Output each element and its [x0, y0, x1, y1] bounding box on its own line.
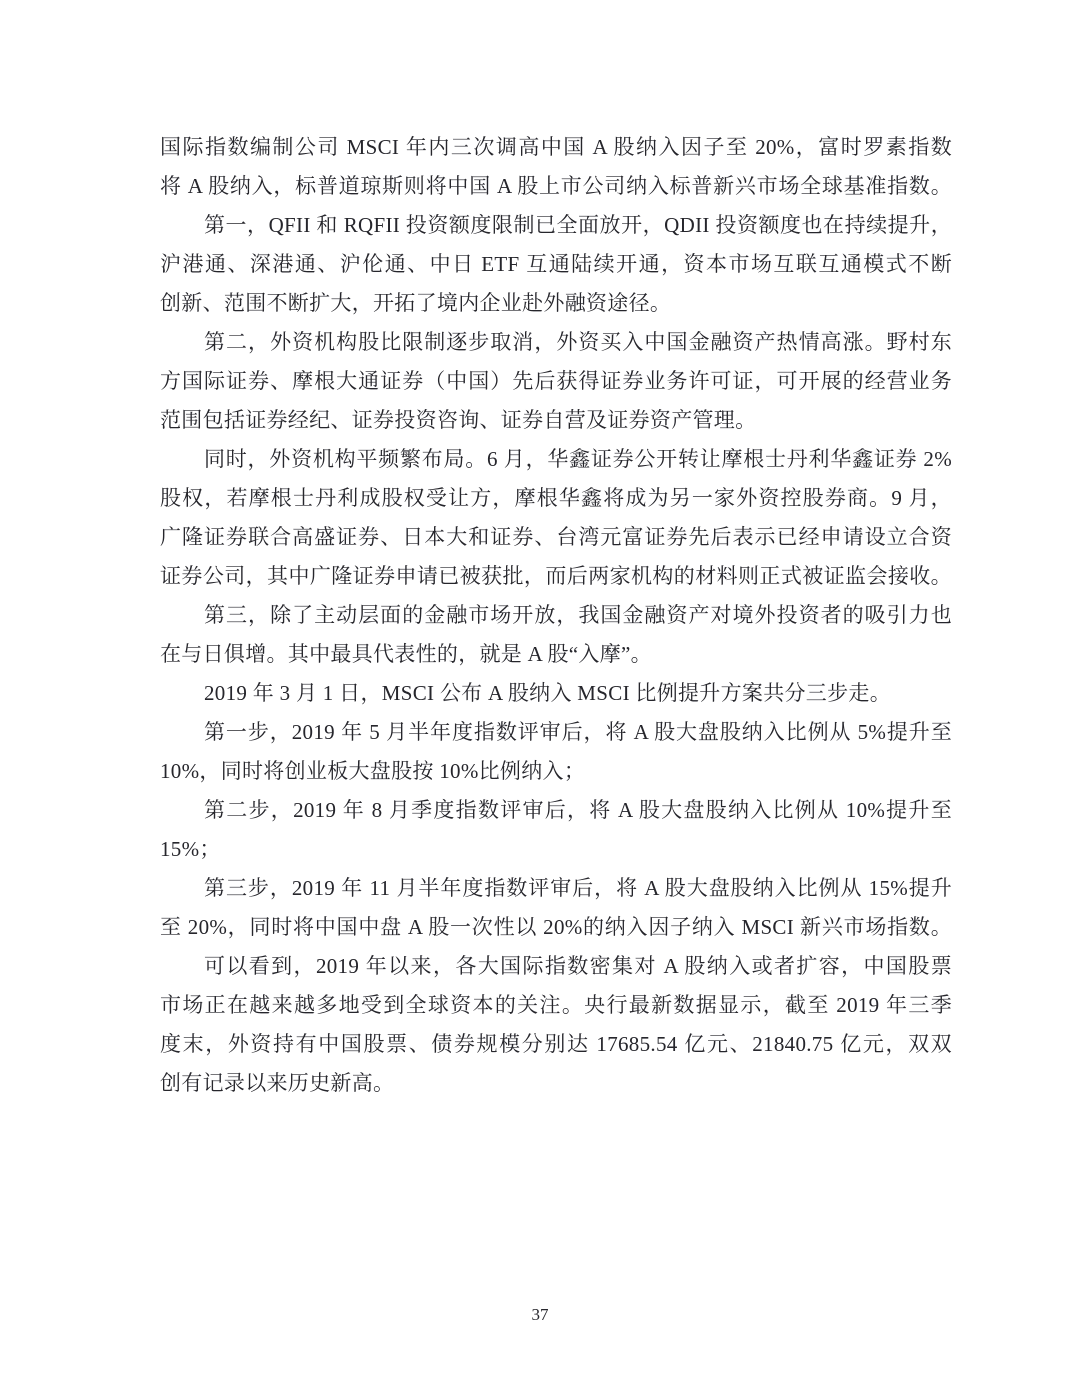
text-line: 第二步，2019 年 8 月季度指数评审后，将 A 股大盘股纳入比例从 10%提… [160, 791, 952, 830]
text-line: 第二，外资机构股比限制逐步取消，外资买入中国金融资产热情高涨。野村东 [160, 323, 952, 362]
paragraph: 第一，QFII 和 RQFII 投资额度限制已全面放开，QDII 投资额度也在持… [160, 206, 952, 323]
text-line: 创有记录以来历史新高。 [160, 1064, 952, 1103]
paragraph: 可以看到，2019 年以来，各大国际指数密集对 A 股纳入或者扩容，中国股票 市… [160, 947, 952, 1103]
paragraph: 同时，外资机构平频繁布局。6 月，华鑫证券公开转让摩根士丹利华鑫证券 2% 股权… [160, 440, 952, 596]
paragraph: 国际指数编制公司 MSCI 年内三次调高中国 A 股纳入因子至 20%，富时罗素… [160, 128, 952, 206]
text-line: 股权，若摩根士丹利成股权受让方，摩根华鑫将成为另一家外资控股券商。9 月， [160, 479, 952, 518]
text-line: 至 20%，同时将中国中盘 A 股一次性以 20%的纳入因子纳入 MSCI 新兴… [160, 908, 952, 947]
paragraph: 第一步，2019 年 5 月半年度指数评审后，将 A 股大盘股纳入比例从 5%提… [160, 713, 952, 791]
text-line: 国际指数编制公司 MSCI 年内三次调高中国 A 股纳入因子至 20%，富时罗素… [160, 128, 952, 167]
text-line: 第一步，2019 年 5 月半年度指数评审后，将 A 股大盘股纳入比例从 5%提… [160, 713, 952, 752]
text-line: 沪港通、深港通、沪伦通、中日 ETF 互通陆续开通，资本市场互联互通模式不断 [160, 245, 952, 284]
text-line: 第三步，2019 年 11 月半年度指数评审后，将 A 股大盘股纳入比例从 15… [160, 869, 952, 908]
paragraph: 第三，除了主动层面的金融市场开放，我国金融资产对境外投资者的吸引力也 在与日俱增… [160, 596, 952, 674]
text-line: 第三，除了主动层面的金融市场开放，我国金融资产对境外投资者的吸引力也 [160, 596, 952, 635]
text-line: 市场正在越来越多地受到全球资本的关注。央行最新数据显示，截至 2019 年三季 [160, 986, 952, 1025]
text-line: 范围包括证券经纪、证券投资咨询、证券自营及证券资产管理。 [160, 401, 952, 440]
text-line: 10%，同时将创业板大盘股按 10%比例纳入； [160, 752, 952, 791]
text-line: 度末，外资持有中国股票、债券规模分别达 17685.54 亿元、21840.75… [160, 1025, 952, 1064]
paragraph: 第三步，2019 年 11 月半年度指数评审后，将 A 股大盘股纳入比例从 15… [160, 869, 952, 947]
text-line: 2019 年 3 月 1 日，MSCI 公布 A 股纳入 MSCI 比例提升方案… [160, 674, 952, 713]
text-line: 可以看到，2019 年以来，各大国际指数密集对 A 股纳入或者扩容，中国股票 [160, 947, 952, 986]
text-line: 15%； [160, 830, 952, 869]
text-line: 将 A 股纳入，标普道琼斯则将中国 A 股上市公司纳入标普新兴市场全球基准指数。 [160, 167, 952, 206]
text-line: 在与日俱增。其中最具代表性的，就是 A 股“入摩”。 [160, 635, 952, 674]
paragraph: 第二，外资机构股比限制逐步取消，外资买入中国金融资产热情高涨。野村东 方国际证券… [160, 323, 952, 440]
text-block: 国际指数编制公司 MSCI 年内三次调高中国 A 股纳入因子至 20%，富时罗素… [160, 128, 952, 1103]
text-line: 同时，外资机构平频繁布局。6 月，华鑫证券公开转让摩根士丹利华鑫证券 2% [160, 440, 952, 479]
text-line: 证券公司，其中广隆证券申请已被获批，而后两家机构的材料则正式被证监会接收。 [160, 557, 952, 596]
paragraph: 第二步，2019 年 8 月季度指数评审后，将 A 股大盘股纳入比例从 10%提… [160, 791, 952, 869]
document-page: 国际指数编制公司 MSCI 年内三次调高中国 A 股纳入因子至 20%，富时罗素… [0, 0, 1080, 1397]
page-number: 37 [0, 1305, 1080, 1325]
paragraph: 2019 年 3 月 1 日，MSCI 公布 A 股纳入 MSCI 比例提升方案… [160, 674, 952, 713]
text-line: 广隆证券联合高盛证券、日本大和证券、台湾元富证券先后表示已经申请设立合资 [160, 518, 952, 557]
text-line: 第一，QFII 和 RQFII 投资额度限制已全面放开，QDII 投资额度也在持… [160, 206, 952, 245]
text-line: 方国际证券、摩根大通证券（中国）先后获得证券业务许可证，可开展的经营业务 [160, 362, 952, 401]
text-line: 创新、范围不断扩大，开拓了境内企业赴外融资途径。 [160, 284, 952, 323]
